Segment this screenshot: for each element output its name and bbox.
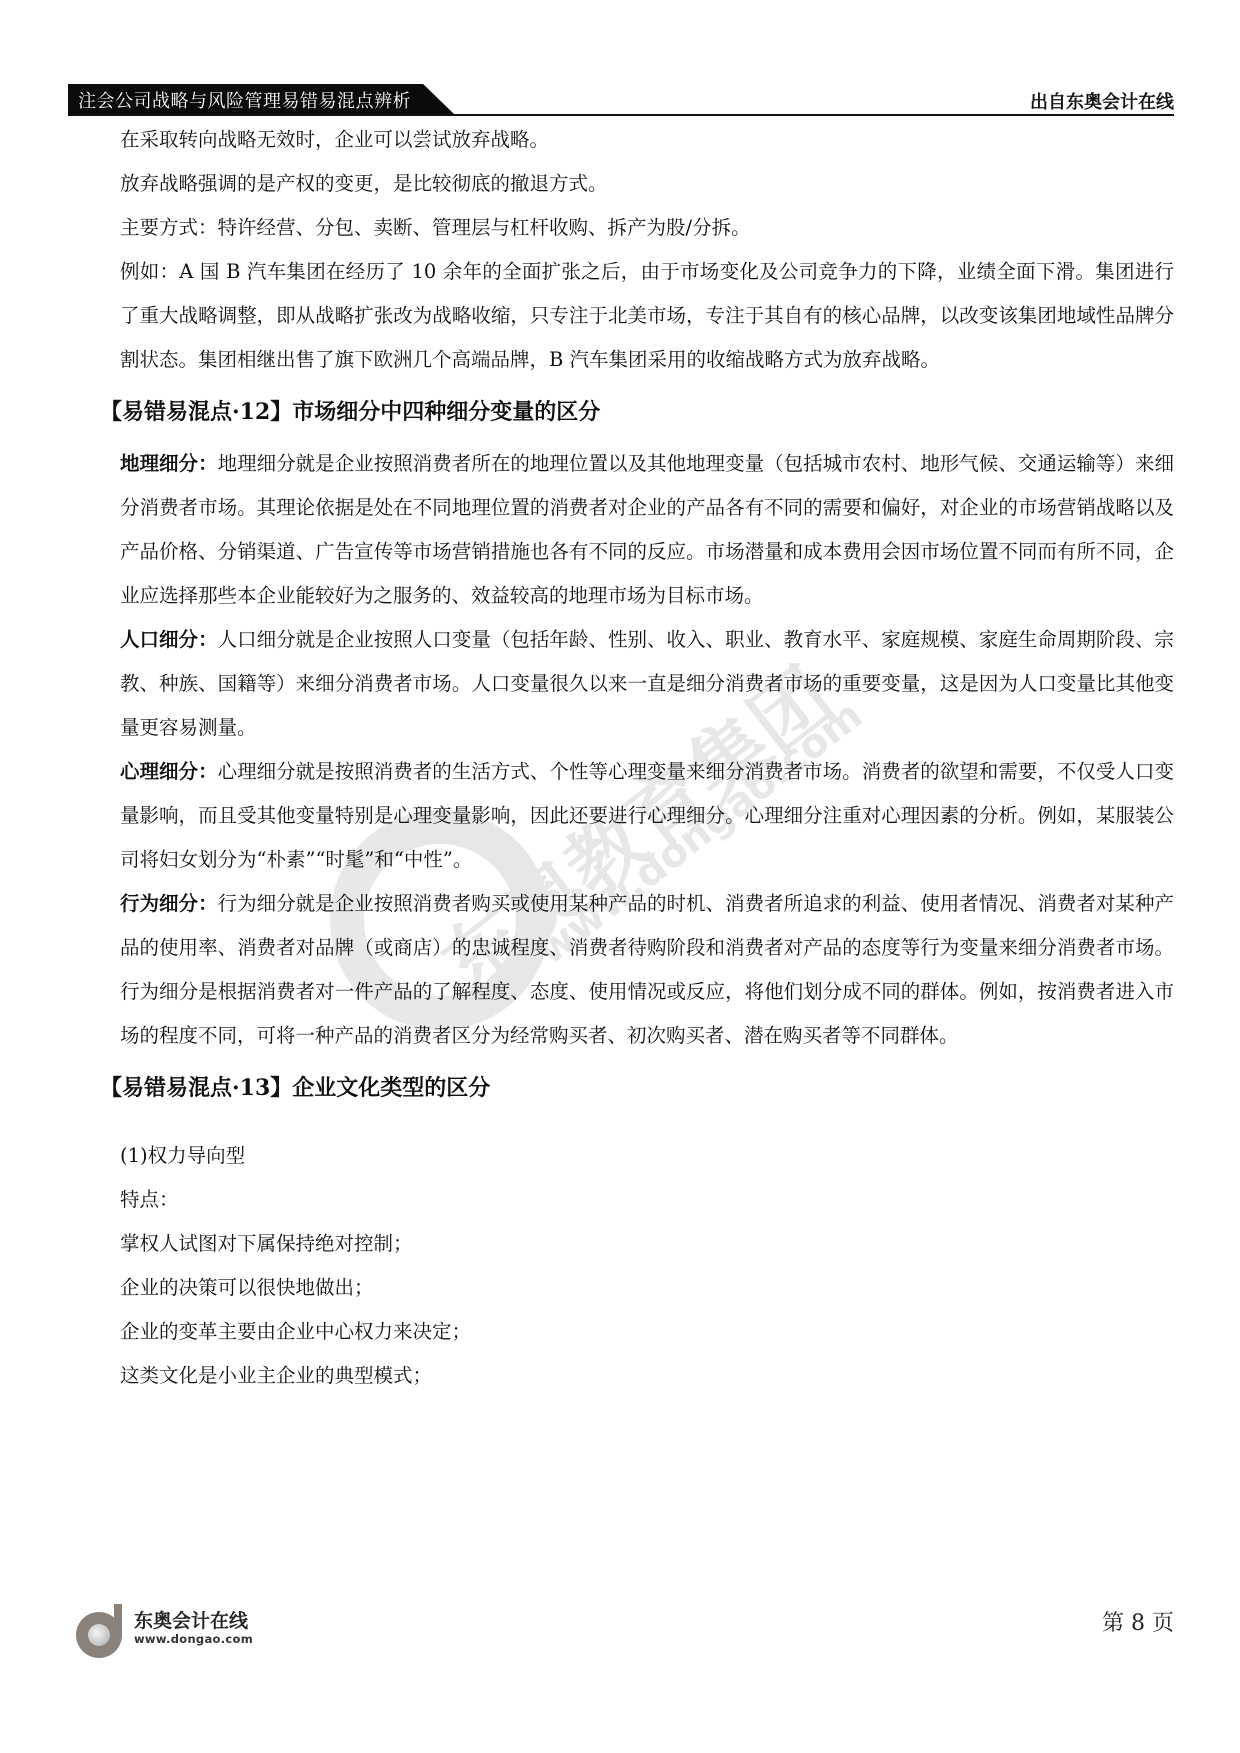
segment-psychographic: 心理细分：心理细分就是按照消费者的生活方式、个性等心理变量来细分消费者市场。消费… (120, 750, 1174, 882)
example-paragraph: 例如：A 国 B 汽车集团在经历了 10 余年的全面扩张之后，由于市场变化及公司… (120, 250, 1174, 382)
page-number: 第 8 页 (1102, 1606, 1174, 1637)
segment-text: 行为细分就是企业按照消费者购买或使用某种产品的时机、消费者所追求的利益、使用者情… (120, 892, 1174, 1047)
document-title: 注会公司战略与风险管理易错易混点辨析 (78, 87, 411, 113)
feature-item: 企业的变革主要由企业中心权力来决定； (120, 1310, 1174, 1354)
body-paragraph: 放弃战略强调的是产权的变更，是比较彻底的撤退方式。 (120, 162, 1174, 206)
page-content: 在采取转向战略无效时，企业可以尝试放弃战略。 放弃战略强调的是产权的变更，是比较… (120, 118, 1174, 1398)
logo-name: 东奥会计在线 (134, 1606, 248, 1633)
header-divider (68, 114, 1174, 116)
section-heading-13: 【易错易混点·13】企业文化类型的区分 (100, 1058, 1174, 1118)
body-paragraph: 主要方式：特许经营、分包、卖断、管理层与杠杆收购、拆产为股/分拆。 (120, 206, 1174, 250)
feature-item: 这类文化是小业主企业的典型模式； (120, 1354, 1174, 1398)
segment-text: 地理细分就是企业按照消费者所在的地理位置以及其他地理变量（包括城市农村、地形气候… (120, 452, 1174, 607)
header-source: 出自东奥会计在线 (1030, 88, 1174, 114)
segment-label: 行为细分： (120, 892, 218, 915)
section-heading-12: 【易错易混点·12】市场细分中四种细分变量的区分 (100, 382, 1174, 442)
feature-item: 企业的决策可以很快地做出； (120, 1266, 1174, 1310)
culture-type-title: (1)权力导向型 (120, 1134, 1174, 1178)
page-header: 注会公司战略与风险管理易错易混点辨析 出自东奥会计在线 (68, 84, 1174, 114)
body-paragraph: 在采取转向战略无效时，企业可以尝试放弃战略。 (120, 118, 1174, 162)
features-label: 特点： (120, 1178, 1174, 1222)
segment-label: 地理细分： (120, 452, 218, 475)
segment-behavioral: 行为细分：行为细分就是企业按照消费者购买或使用某种产品的时机、消费者所追求的利益… (120, 882, 1174, 1058)
segment-text: 人口细分就是企业按照人口变量（包括年龄、性别、收入、职业、教育水平、家庭规模、家… (120, 628, 1174, 739)
page-footer: 东奥会计在线 www.dongao.com 第 8 页 (68, 1600, 1174, 1660)
dongao-logo-icon (76, 1604, 126, 1654)
feature-item: 掌权人试图对下属保持绝对控制； (120, 1222, 1174, 1266)
segment-label: 心理细分： (120, 760, 218, 783)
segment-geographic: 地理细分：地理细分就是企业按照消费者所在的地理位置以及其他地理变量（包括城市农村… (120, 442, 1174, 618)
segment-demographic: 人口细分：人口细分就是企业按照人口变量（包括年龄、性别、收入、职业、教育水平、家… (120, 618, 1174, 750)
segment-label: 人口细分： (120, 628, 218, 651)
logo-url: www.dongao.com (134, 1632, 253, 1646)
segment-text: 心理细分就是按照消费者的生活方式、个性等心理变量来细分消费者市场。消费者的欲望和… (120, 760, 1174, 871)
